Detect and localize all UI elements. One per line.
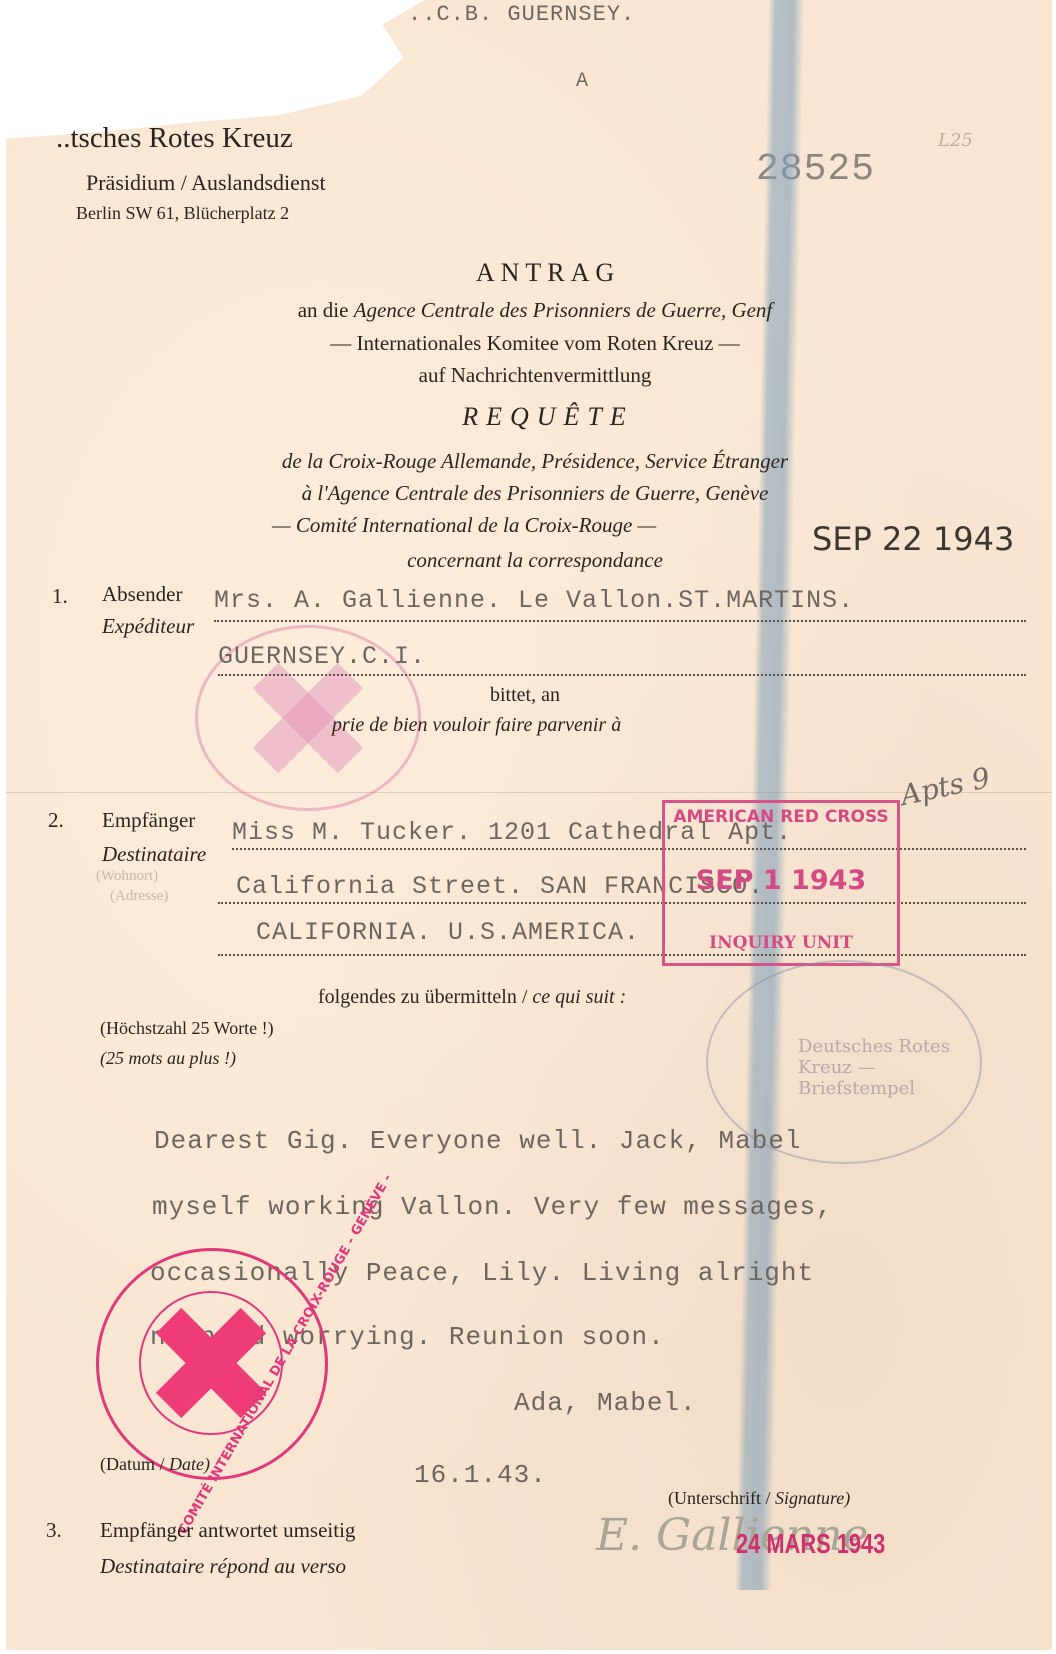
icrc-seal-inner-ring [139, 1291, 283, 1435]
sender-line2-dots [218, 674, 1026, 676]
signature-label-de: (Unterschrift / [668, 1488, 775, 1508]
sender-prie: prie de bien vouloir faire parvenir à [332, 714, 621, 737]
recipient-label-de: Empfänger [102, 808, 195, 833]
recipient-line2-dots [218, 902, 1026, 904]
date-label: (Datum / Date) [100, 1454, 210, 1475]
recipient-line3: CALIFORNIA. U.S.AMERICA. [256, 918, 640, 947]
message-closing: Ada, Mabel. [514, 1388, 697, 1418]
arc-stamp-footer: INQUIRY UNIT [665, 933, 897, 953]
top-typed-letter: A [576, 70, 589, 93]
title-requete: REQUÊTE [0, 402, 1056, 432]
title-fr-line1: de la Croix-Rouge Allemande, Présidence,… [160, 449, 910, 474]
recipient-faint-label-1: (Wohnort) [96, 868, 158, 885]
sender-number: 1. [52, 584, 68, 609]
title-line1-italic: Agence Centrale des Prisonniers de Guerr… [354, 298, 773, 322]
title-line3: auf Nachrichtenvermittlung [160, 363, 910, 388]
recipient-line1-dots [232, 848, 1026, 850]
signature-label: (Unterschrift / Signature) [668, 1488, 850, 1509]
reply-number: 3. [46, 1518, 62, 1543]
gray-seal-text: Deutsches Rotes Kreuz — Briefstempel [798, 1036, 980, 1099]
sender-line1: Mrs. A. Gallienne. Le Vallon.ST.MARTINS. [214, 586, 854, 615]
message-limit-de: (Höchstzahl 25 Worte !) [100, 1018, 274, 1039]
title-fr-line4: concernant la correspondance [160, 548, 910, 573]
message-instruction-de: folgendes zu übermitteln / [318, 986, 532, 1008]
date-value: 16.1.43. [414, 1460, 547, 1490]
reply-label-de: Empfänger antwortet umseitig [100, 1518, 355, 1543]
title-line2: — Internationales Komitee vom Roten Kreu… [160, 331, 910, 356]
recipient-number: 2. [48, 808, 64, 833]
title-line1-prefix: an die [298, 298, 354, 322]
sender-label-de: Absender [102, 582, 182, 607]
geneva-arrival-stamp: 24 MARS 1943 [736, 1528, 885, 1560]
fold-crease [6, 792, 1052, 793]
letterhead-org-name: ..tsches Rotes Kreuz [56, 122, 293, 155]
date-label-de: (Datum / [100, 1454, 169, 1474]
sender-label-fr: Expéditeur [102, 614, 194, 639]
reply-label-fr: Destinataire répond au verso [100, 1554, 346, 1579]
title-fr-line2: à l'Agence Centrale des Prisonniers de G… [160, 481, 910, 506]
pencil-note-top-right: L25 [938, 130, 973, 151]
arc-stamp-date: SEP 1 1943 [665, 865, 897, 896]
message-body-line-2: myself working Vallon. Very few messages… [152, 1192, 833, 1222]
message-limit-fr: (25 mots au plus !) [100, 1048, 236, 1069]
recipient-line3-dots [218, 954, 1026, 956]
title-antrag: ANTRAG [0, 258, 1056, 288]
recipient-label-fr: Destinataire [102, 842, 206, 867]
sender-line2: GUERNSEY.C.I. [218, 642, 426, 671]
recipient-faint-label-2: (Adresse) [110, 888, 168, 905]
letterhead-address: Berlin SW 61, Blücherplatz 2 [76, 203, 289, 224]
title-fr-line3: — Comité International de la Croix-Rouge… [272, 513, 656, 538]
message-instruction: folgendes zu übermitteln / ce qui suit : [318, 986, 626, 1009]
american-red-cross-stamp: AMERICAN RED CROSS SEP 1 1943 INQUIRY UN… [662, 800, 900, 966]
message-body-line-1: Dearest Gig. Everyone well. Jack, Mabel [154, 1126, 802, 1156]
top-typed-line: ..C.B. GUERNSEY. [408, 2, 635, 27]
signature-label-fr: Signature) [775, 1488, 850, 1508]
arc-stamp-header: AMERICAN RED CROSS [665, 807, 897, 827]
letterhead-department: Präsidium / Auslandsdienst [86, 170, 326, 196]
message-instruction-fr: ce qui suit : [532, 986, 626, 1008]
title-line1: an die Agence Centrale des Prisonniers d… [160, 298, 910, 323]
sender-line1-dots [214, 620, 1026, 622]
sender-bittet: bittet, an [490, 684, 560, 707]
icrc-seal: COMITÉ INTERNATIONAL DE LA CROIX-ROUGE -… [96, 1248, 328, 1480]
date-label-fr: Date) [169, 1454, 210, 1474]
